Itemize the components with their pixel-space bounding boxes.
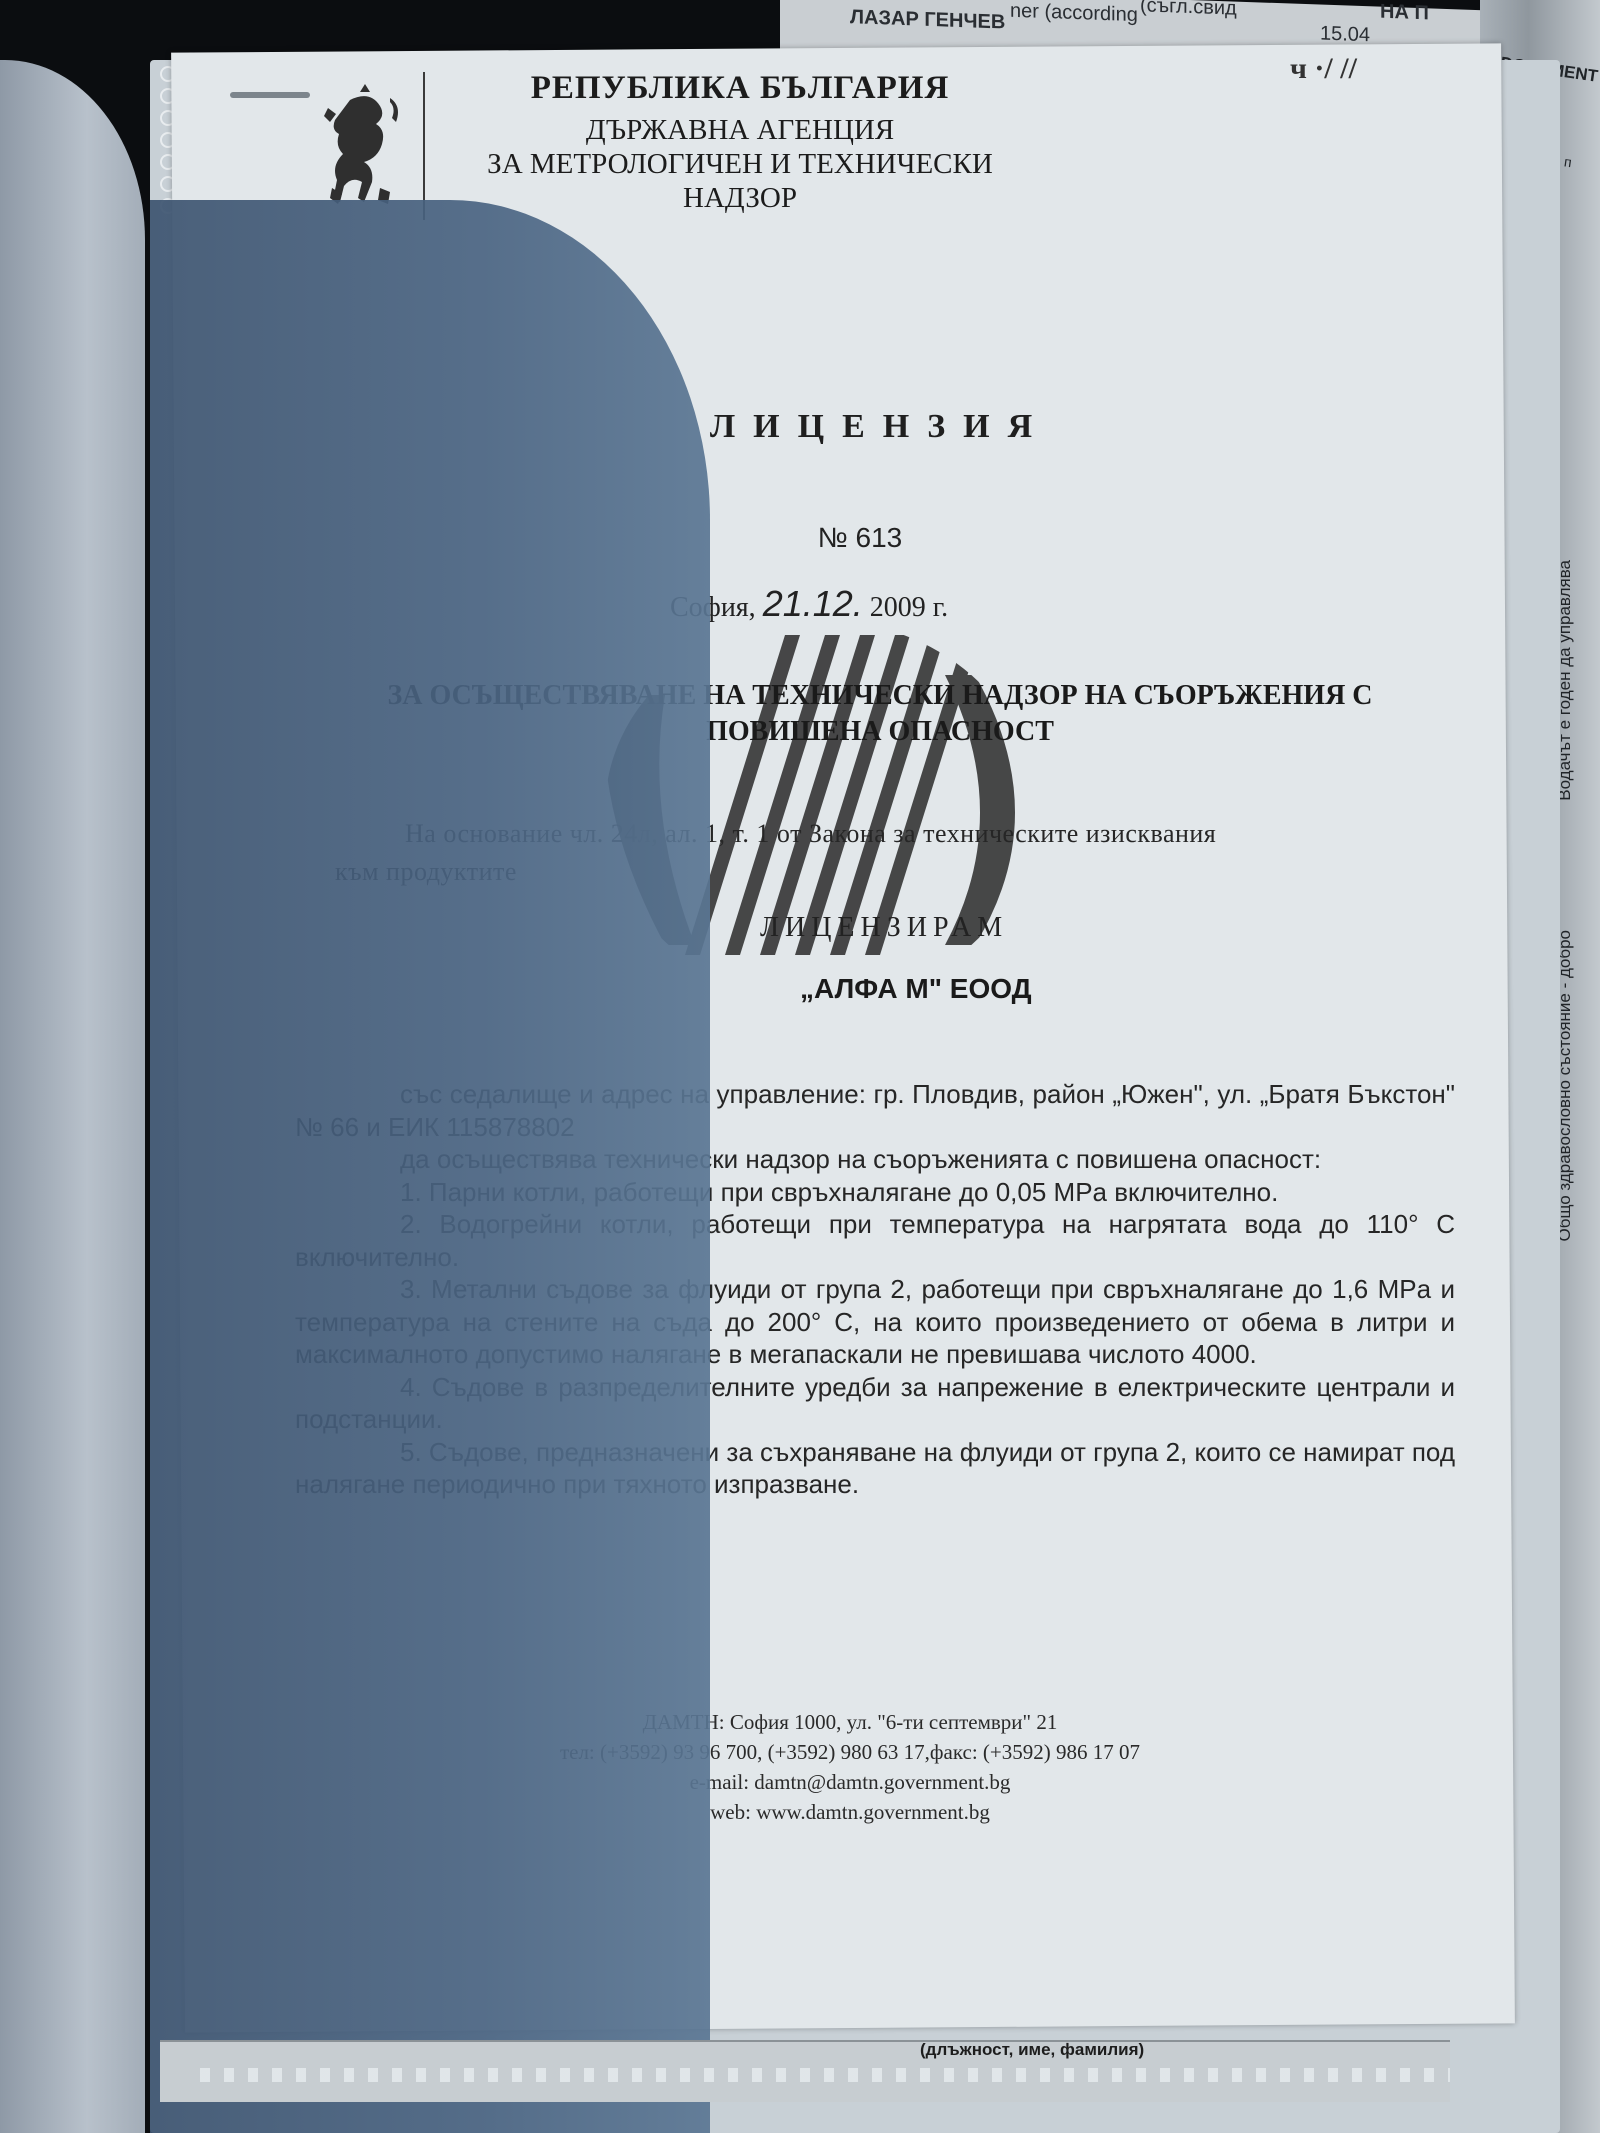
page-curl [0, 60, 145, 2133]
agency-header: РЕПУБЛИКА БЪЛГАРИЯ ДЪРЖАВНА АГЕНЦИЯ ЗА М… [320, 70, 1160, 215]
licensee-company: „АЛФА М" ЕООД [800, 973, 1032, 1005]
bg-text: (съгл.свид [1140, 0, 1237, 21]
license-number: № 613 [760, 522, 960, 554]
signature-label: (длъжност, име, фамилия) [920, 2040, 1144, 2060]
bg-text: НА П [1380, 1, 1429, 26]
perforation [200, 2068, 1450, 2082]
bg-text: ЛАЗАР ГЕНЧЕВ [850, 6, 1005, 34]
agency-name-line: ЗА МЕТРОЛОГИЧЕН И ТЕХНИЧЕСКИ [320, 147, 1160, 181]
country-name: РЕПУБЛИКА БЪЛГАРИЯ [320, 70, 1160, 107]
bg-text: ner (according [1010, 0, 1138, 27]
staple-icon [230, 92, 310, 98]
agency-name-line: ДЪРЖАВНА АГЕНЦИЯ [320, 113, 1160, 147]
licensing-verb: ЛИЦЕНЗИРАМ [760, 912, 1008, 944]
shadow-overlay [150, 200, 710, 2133]
corner-mark: ч ·/ // [1290, 52, 1357, 86]
